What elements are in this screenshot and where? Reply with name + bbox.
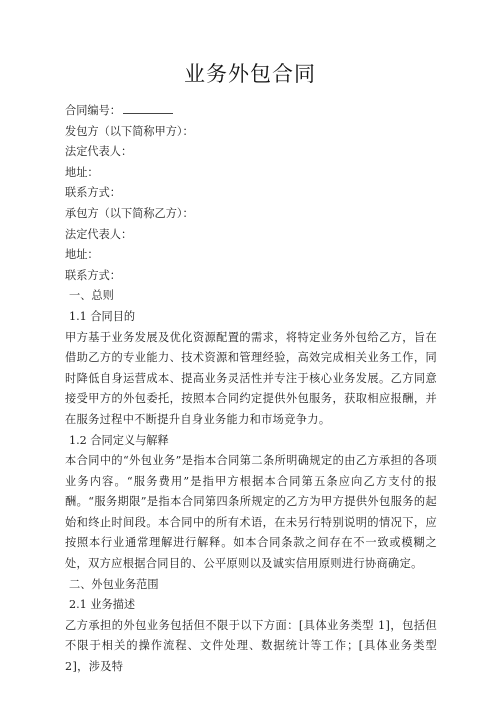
- field-party-a-legal-rep: 法定代表人：: [65, 142, 437, 163]
- field-party-a: 发包方（以下简称甲方）：: [65, 122, 437, 143]
- paragraph: 乙方承担的外包业务包括但不限于以下方面：[具体业务类型 1]，包括但不限于相关的…: [65, 616, 437, 678]
- document-page: 业务外包合同 合同编号： 发包方（以下简称甲方）： 法定代表人： 地址： 联系方…: [0, 0, 500, 707]
- field-party-a-contact: 联系方式：: [65, 183, 437, 204]
- paragraph: 本合同中的“外包业务”是指本合同第二条所明确规定的由乙方承担的各项业务内容。“服…: [65, 451, 437, 575]
- paragraph: 甲方基于业务发展及优化资源配置的需求，将特定业务外包给乙方，旨在借助乙方的专业能…: [65, 328, 437, 431]
- field-party-b-address: 地址：: [65, 245, 437, 266]
- field-party-b-contact: 联系方式：: [65, 266, 437, 287]
- field-label: 合同编号：: [65, 104, 121, 117]
- subsection-heading: 1.1 合同目的: [65, 307, 437, 328]
- document-body: 合同编号： 发包方（以下简称甲方）： 法定代表人： 地址： 联系方式： 承包方（…: [65, 101, 437, 678]
- blank-line: [123, 103, 173, 114]
- subsection-heading: 2.1 业务描述: [65, 595, 437, 616]
- field-contract-number: 合同编号：: [65, 101, 437, 122]
- subsection-heading: 1.2 合同定义与解释: [65, 431, 437, 452]
- field-party-b: 承包方（以下简称乙方）：: [65, 204, 437, 225]
- document-title: 业务外包合同: [0, 58, 500, 88]
- section-heading: 一、总则: [65, 286, 437, 307]
- field-party-b-legal-rep: 法定代表人：: [65, 225, 437, 246]
- section-heading: 二、外包业务范围: [65, 575, 437, 596]
- field-party-a-address: 地址：: [65, 163, 437, 184]
